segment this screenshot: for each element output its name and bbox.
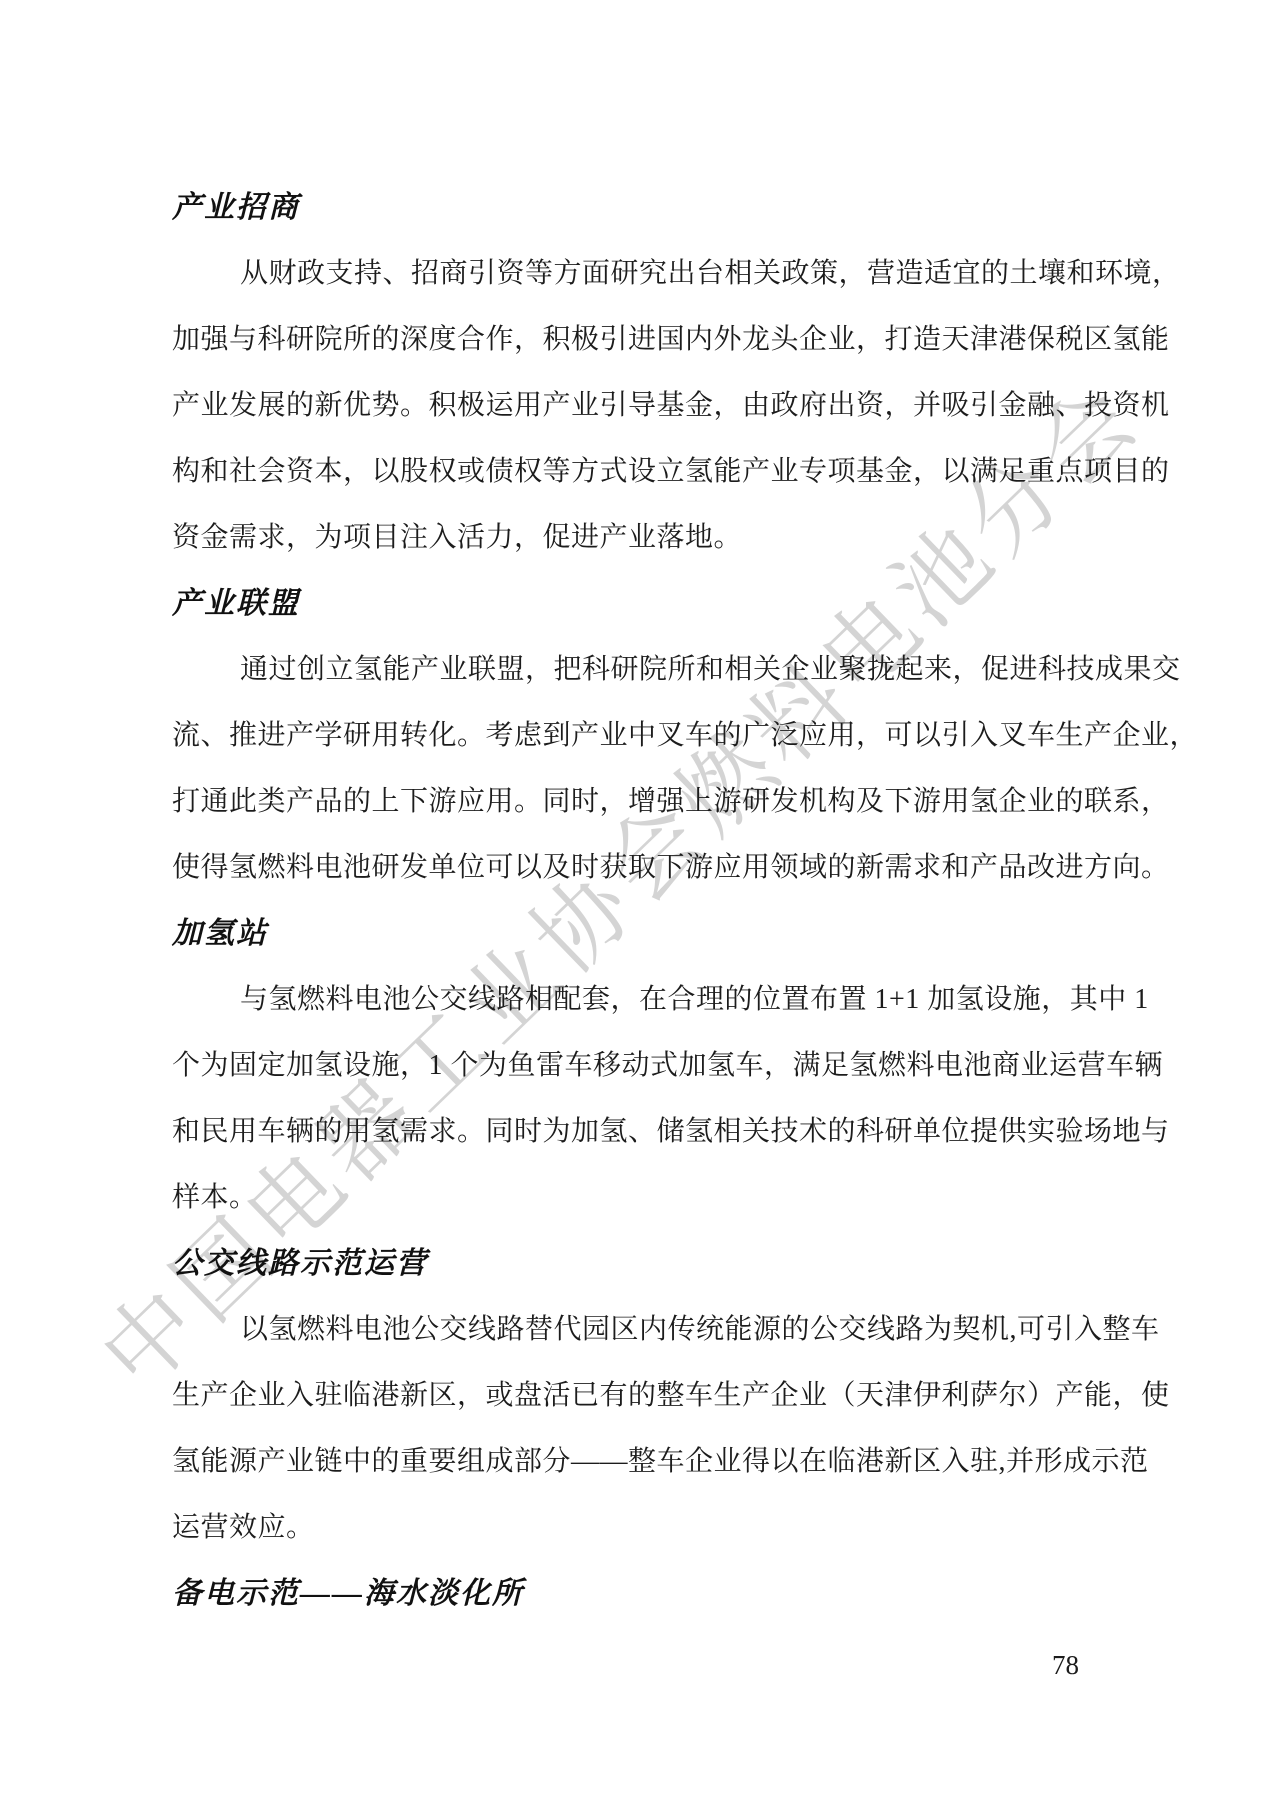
- section-heading-bus-line-demo: 公交线路示范运营: [172, 1231, 1107, 1297]
- body-line: 从财政支持、招商引资等方面研究出台相关政策，营造适宜的土壤和环境，: [172, 241, 1107, 307]
- body-line: 产业发展的新优势。积极运用产业引导基金，由政府出资，并吸引金融、投资机: [172, 373, 1107, 439]
- body-line: 运营效应。: [172, 1495, 1107, 1561]
- body-line: 打通此类产品的上下游应用。同时，增强上游研发机构及下游用氢企业的联系，: [172, 769, 1107, 835]
- body-line: 生产企业入驻临港新区，或盘活已有的整车生产企业（天津伊利萨尔）产能，使: [172, 1363, 1107, 1429]
- page-number: 78: [1052, 1645, 1079, 1685]
- body-line: 资金需求，为项目注入活力，促进产业落地。: [172, 505, 1107, 571]
- body-line: 和民用车辆的用氢需求。同时为加氢、储氢相关技术的科研单位提供实验场地与: [172, 1099, 1107, 1165]
- section-heading-hydrogen-station: 加氢站: [172, 901, 1107, 967]
- body-line: 个为固定加氢设施，1 个为鱼雷车移动式加氢车，满足氢燃料电池商业运营车辆: [172, 1033, 1107, 1099]
- body-line: 加强与科研院所的深度合作，积极引进国内外龙头企业，打造天津港保税区氢能: [172, 307, 1107, 373]
- body-line: 构和社会资本，以股权或债权等方式设立氢能产业专项基金，以满足重点项目的: [172, 439, 1107, 505]
- body-line: 氢能源产业链中的重要组成部分——整车企业得以在临港新区入驻,并形成示范: [172, 1429, 1107, 1495]
- document-page: 中国电器工业协会燃料电池分会 产业招商 从财政支持、招商引资等方面研究出台相关政…: [0, 0, 1273, 1800]
- section-heading-backup-power-demo: 备电示范——海水淡化所: [172, 1561, 1107, 1627]
- section-heading-industry-investment: 产业招商: [172, 175, 1107, 241]
- body-line: 以氢燃料电池公交线路替代园区内传统能源的公交线路为契机,可引入整车: [172, 1297, 1107, 1363]
- section-heading-industry-alliance: 产业联盟: [172, 571, 1107, 637]
- body-line: 流、推进产学研用转化。考虑到产业中叉车的广泛应用，可以引入叉车生产企业，: [172, 703, 1107, 769]
- body-line: 样本。: [172, 1165, 1107, 1231]
- body-line: 使得氢燃料电池研发单位可以及时获取下游应用领域的新需求和产品改进方向。: [172, 835, 1107, 901]
- page-body: 产业招商 从财政支持、招商引资等方面研究出台相关政策，营造适宜的土壤和环境， 加…: [172, 175, 1107, 1627]
- body-line: 与氢燃料电池公交线路相配套，在合理的位置布置 1+1 加氢设施，其中 1: [172, 967, 1107, 1033]
- body-line: 通过创立氢能产业联盟，把科研院所和相关企业聚拢起来，促进科技成果交: [172, 637, 1107, 703]
